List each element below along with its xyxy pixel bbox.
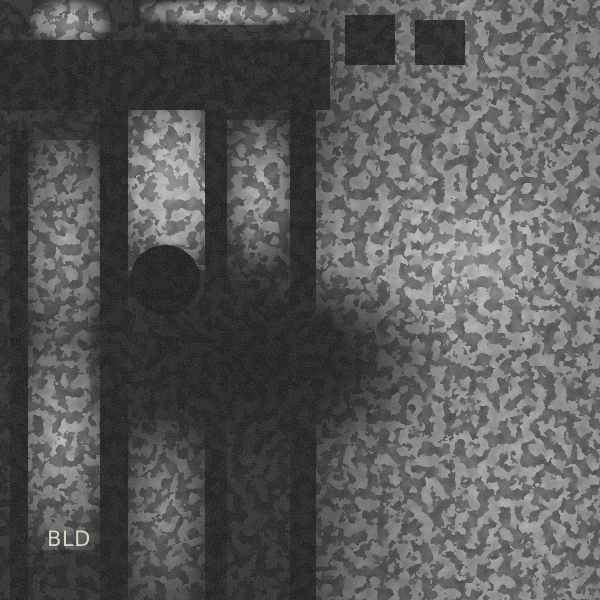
image-label: BLD	[47, 527, 91, 551]
photo-frame: BLD	[0, 0, 600, 600]
film-grain	[0, 0, 600, 600]
